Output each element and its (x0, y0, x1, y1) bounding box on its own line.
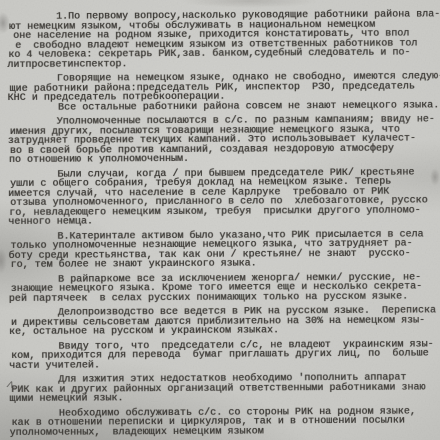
text-line: го, тем более не знают украинского языка… (11, 258, 440, 270)
scan-artifact-smudge (0, 248, 7, 274)
paragraph: Делопроизводство все ведется в РИК на ру… (10, 306, 440, 337)
paragraph: В райпаркоме все за исключением женорга/… (10, 273, 440, 304)
paragraph: Говорящие на немецком языке, однако не с… (8, 72, 440, 113)
text-line: уполномоченных, владеющих немецким языко… (10, 426, 440, 438)
paragraph: Уполномоченные посылаются в с/с. по разн… (9, 115, 440, 165)
scanned-document-page: 1.По первому вопросу,насколько руководящ… (0, 0, 440, 440)
document-text-block: 1.По первому вопросу,насколько руководящ… (8, 10, 440, 440)
scan-artifact-smudge (180, 0, 320, 8)
paragraph: 1.По первому вопросу,насколько руководящ… (8, 10, 440, 70)
text-line: ке, остальное на русском и украинском яз… (9, 325, 440, 337)
paragraph: Для изжития этих недостатков необходимо … (10, 373, 440, 404)
text-line: рей партячеек в селах русских понимающих… (9, 292, 440, 304)
text-line: Все остальные работники района совсем не… (10, 101, 440, 113)
paragraph: Ввиду того, что председатели с/с, не вла… (10, 340, 440, 371)
paragraph: Необходимо обслуживать с/с. со стороны Р… (10, 407, 440, 438)
paragraph: В.Катеринтале активом было указано,что Р… (9, 230, 440, 271)
paragraph: Были случаи, когда / при бывшем председа… (9, 168, 440, 228)
